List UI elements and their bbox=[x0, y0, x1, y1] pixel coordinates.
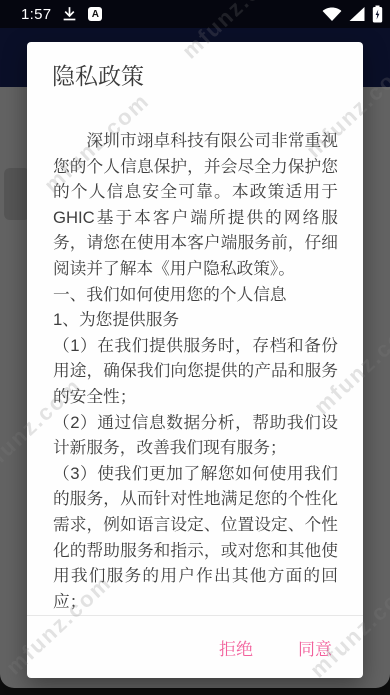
agree-button[interactable]: 同意 bbox=[296, 631, 334, 664]
clock: 1:57 bbox=[21, 6, 51, 23]
badge-letter: A bbox=[92, 9, 99, 20]
download-icon bbox=[62, 7, 77, 22]
phone-screen: 1:57 A bbox=[0, 0, 390, 695]
policy-paragraph: （3）使我们更加了解您如何使用我们的服务，从而针对性地满足您的个性化需求，例如语… bbox=[53, 461, 338, 615]
status-bar-left: 1:57 A bbox=[0, 6, 102, 23]
autofill-a-icon: A bbox=[88, 7, 102, 21]
policy-section-heading: 一、我们如何使用您的个人信息 bbox=[53, 282, 338, 308]
dialog-scroll-area[interactable]: 深圳市翊卓科技有限公司非常重视您的个人信息保护，并会尽全力保护您的个人信息安全可… bbox=[27, 91, 363, 615]
status-bar: 1:57 A bbox=[0, 0, 390, 28]
policy-paragraph: （1）在我们提供服务时，存档和备份用途，确保我们向您提供的产品和服务的安全性； bbox=[53, 333, 338, 410]
policy-paragraph: （2）通过信息数据分析，帮助我们设计新服务，改善我们现有服务； bbox=[53, 410, 338, 461]
privacy-policy-dialog: 隐私政策 深圳市翊卓科技有限公司非常重视您的个人信息保护，并会尽全力保护您的个人… bbox=[27, 42, 363, 678]
cellular-signal-icon bbox=[348, 6, 366, 22]
policy-subsection-heading: 1、为您提供服务 bbox=[53, 307, 338, 333]
dialog-button-bar: 拒绝 同意 bbox=[27, 616, 363, 678]
wifi-icon bbox=[322, 6, 342, 22]
reject-button[interactable]: 拒绝 bbox=[217, 631, 255, 664]
battery-charging-icon bbox=[372, 5, 383, 23]
status-bar-right bbox=[322, 5, 390, 23]
policy-paragraph: 深圳市翊卓科技有限公司非常重视您的个人信息保护，并会尽全力保护您的个人信息安全可… bbox=[53, 128, 338, 282]
dialog-title: 隐私政策 bbox=[27, 42, 363, 91]
